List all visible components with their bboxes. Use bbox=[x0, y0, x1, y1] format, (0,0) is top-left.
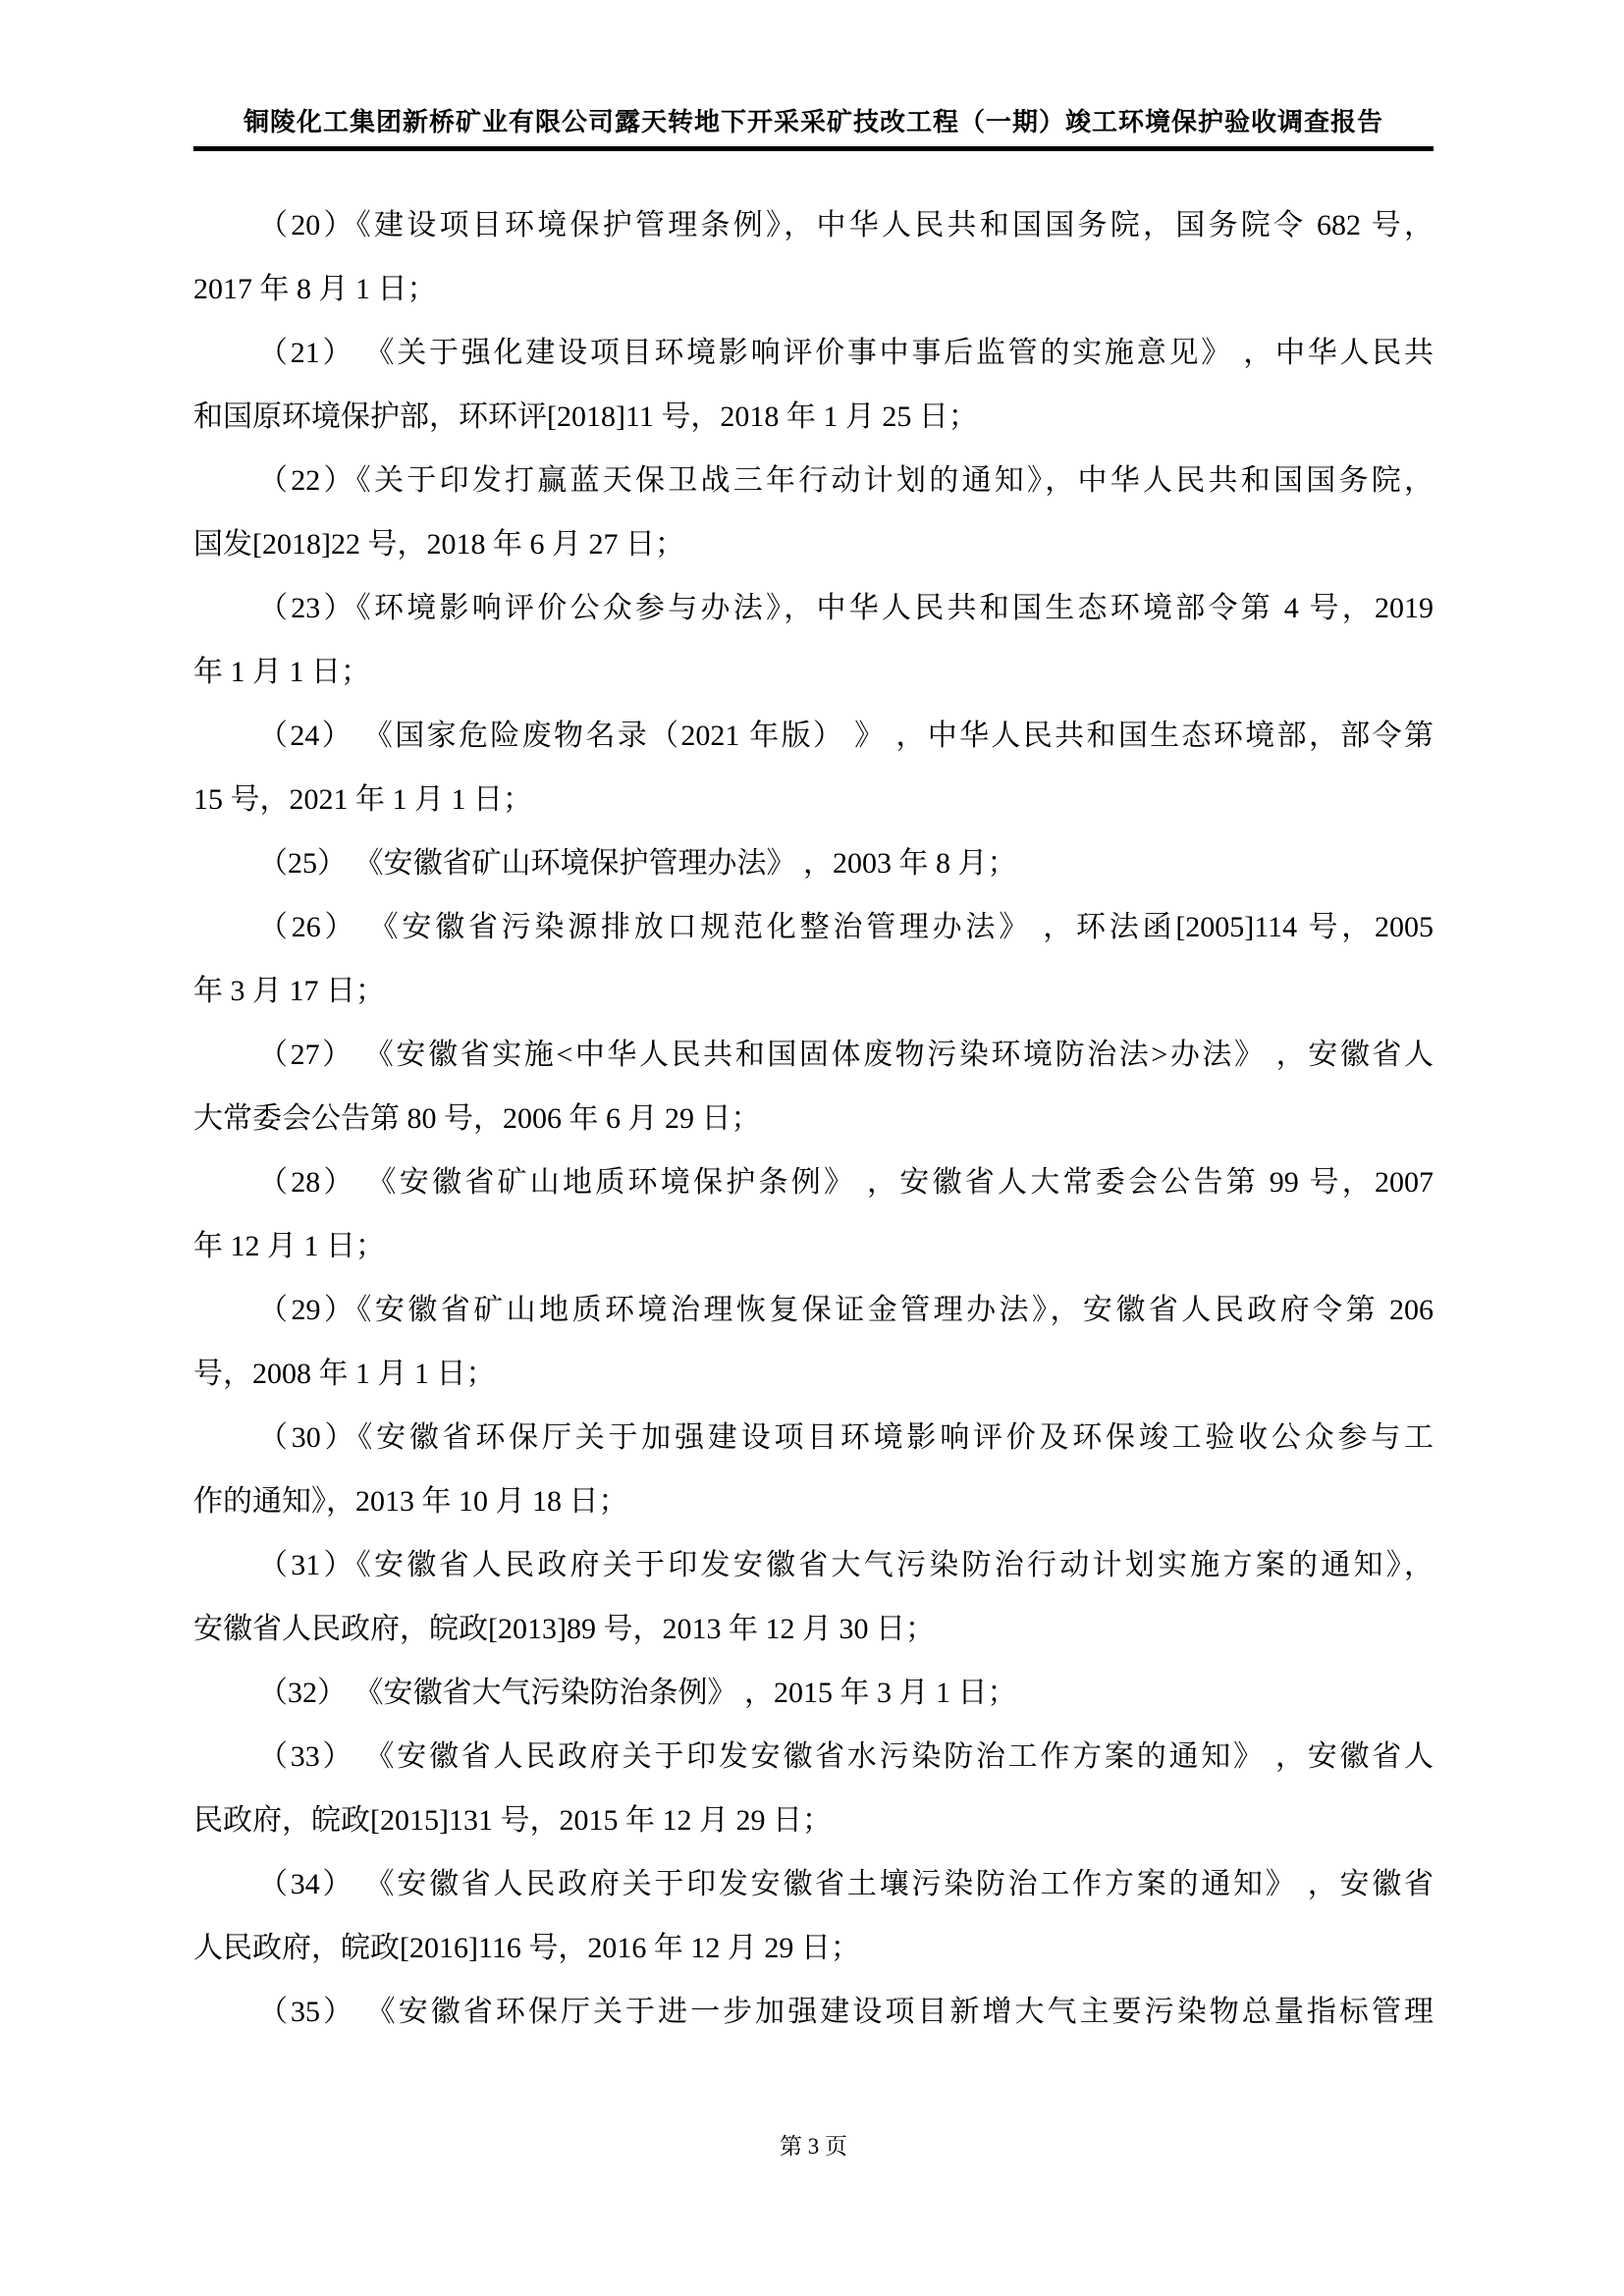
body-line-item-33: （33） 《安徽省人民政府关于印发安徽省水污染防治工作方案的通知》 ，安徽省人 bbox=[193, 1725, 1434, 1789]
body-line-item-25: （25） 《安徽省矿山环境保护管理办法》 ，2003 年 8 月； bbox=[193, 831, 1434, 895]
body-line-item-28: 年 12 月 1 日； bbox=[193, 1214, 1434, 1278]
body-line-item-35: （35） 《安徽省环保厅关于进一步加强建设项目新增大气主要污染物总量指标管理 bbox=[193, 1980, 1434, 2044]
body-line-item-33: 民政府，皖政[2015]131 号，2015 年 12 月 29 日； bbox=[193, 1789, 1434, 1852]
header-divider-rule bbox=[193, 146, 1434, 151]
body-line-item-30: （30）《安徽省环保厅关于加强建设项目环境影响评价及环保竣工验收公众参与工 bbox=[193, 1406, 1434, 1469]
body-line-item-34: 人民政府，皖政[2016]116 号，2016 年 12 月 29 日； bbox=[193, 1916, 1434, 1980]
body-line-item-22: 国发[2018]22 号，2018 年 6 月 27 日； bbox=[193, 512, 1434, 576]
body-line-item-29: 号，2008 年 1 月 1 日； bbox=[193, 1342, 1434, 1406]
body-line-item-20: 2017 年 8 月 1 日； bbox=[193, 257, 1434, 321]
body-line-item-23: （23）《环境影响评价公众参与办法》，中华人民共和国生态环境部令第 4 号，20… bbox=[193, 576, 1434, 640]
body-line-item-26: （26） 《安徽省污染源排放口规范化整治管理办法》 ，环法函[2005]114 … bbox=[193, 895, 1434, 959]
body-line-item-20: （20）《建设项目环境保护管理条例》，中华人民共和国国务院，国务院令 682 号… bbox=[193, 193, 1434, 257]
body-line-item-24: （24） 《国家危险废物名录（2021 年版） 》 ，中华人民共和国生态环境部，… bbox=[193, 704, 1434, 768]
page-number: 第 3 页 bbox=[193, 2128, 1434, 2161]
body-line-item-23: 年 1 月 1 日； bbox=[193, 640, 1434, 704]
body-line-item-31: 安徽省人民政府，皖政[2013]89 号，2013 年 12 月 30 日； bbox=[193, 1597, 1434, 1661]
body-line-item-24: 15 号，2021 年 1 月 1 日； bbox=[193, 768, 1434, 831]
body-line-item-22: （22）《关于印发打赢蓝天保卫战三年行动计划的通知》，中华人民共和国国务院， bbox=[193, 449, 1434, 512]
body-line-item-34: （34） 《安徽省人民政府关于印发安徽省土壤污染防治工作方案的通知》 ，安徽省 bbox=[193, 1852, 1434, 1916]
body-line-item-27: 大常委会公告第 80 号，2006 年 6 月 29 日； bbox=[193, 1087, 1434, 1150]
document-body: （20）《建设项目环境保护管理条例》，中华人民共和国国务院，国务院令 682 号… bbox=[193, 193, 1434, 2044]
body-line-item-26: 年 3 月 17 日； bbox=[193, 959, 1434, 1023]
body-line-item-28: （28） 《安徽省矿山地质环境保护条例》 ，安徽省人大常委会公告第 99 号，2… bbox=[193, 1150, 1434, 1214]
body-line-item-21: 和国原环境保护部，环环评[2018]11 号，2018 年 1 月 25 日； bbox=[193, 385, 1434, 449]
page-header-title: 铜陵化工集团新桥矿业有限公司露天转地下开采采矿技改工程（一期）竣工环境保护验收调… bbox=[193, 102, 1434, 138]
body-line-item-31: （31）《安徽省人民政府关于印发安徽省大气污染防治行动计划实施方案的通知》， bbox=[193, 1533, 1434, 1597]
body-line-item-27: （27） 《安徽省实施<中华人民共和国固体废物污染环境防治法>办法》 ，安徽省人 bbox=[193, 1023, 1434, 1087]
body-line-item-29: （29）《安徽省矿山地质环境治理恢复保证金管理办法》，安徽省人民政府令第 206 bbox=[193, 1278, 1434, 1342]
body-line-item-21: （21） 《关于强化建设项目环境影响评价事中事后监管的实施意见》 ，中华人民共 bbox=[193, 321, 1434, 385]
document-page: 铜陵化工集团新桥矿业有限公司露天转地下开采采矿技改工程（一期）竣工环境保护验收调… bbox=[0, 0, 1624, 2296]
body-line-item-30: 作的通知》，2013 年 10 月 18 日； bbox=[193, 1469, 1434, 1533]
body-line-item-32: （32） 《安徽省大气污染防治条例》 ，2015 年 3 月 1 日； bbox=[193, 1661, 1434, 1725]
